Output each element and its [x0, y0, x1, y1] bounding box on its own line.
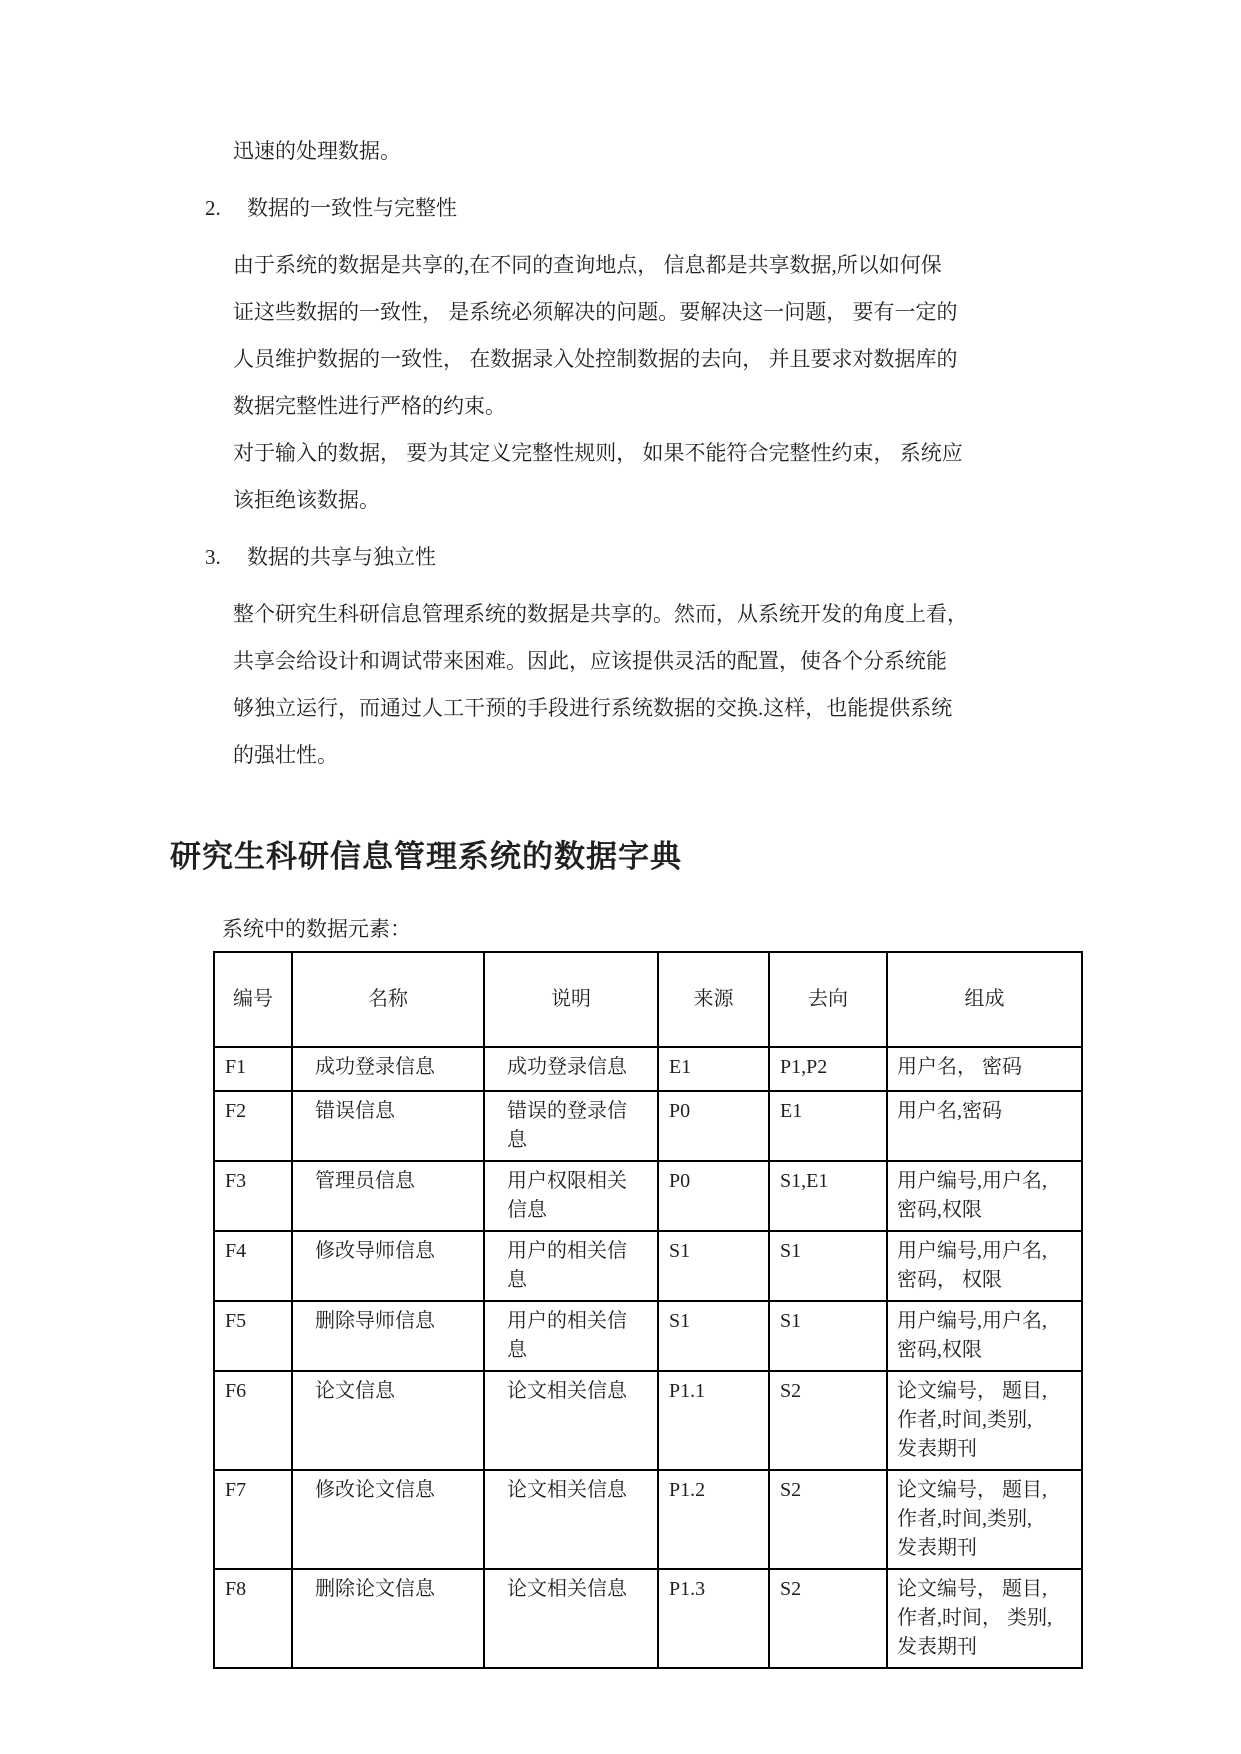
header-cell-desc: 说明	[484, 952, 658, 1047]
paragraph: 整个研究生科研信息管理系统的数据是共享的。然而，从系统开发的角度上看， 共享会给…	[233, 591, 1241, 779]
cell-name: 删除导师信息	[292, 1301, 484, 1371]
table-row-f6: F6 论文信息 论文相关信息 P1.1 S2 论文编号， 题目, 作者,时间,类…	[214, 1371, 1082, 1470]
cell-dest: S1	[769, 1231, 887, 1301]
cell-source: P1.1	[658, 1371, 769, 1470]
cell-id: F3	[214, 1161, 292, 1231]
cell-composition: 用户编号,用户名, 密码， 权限	[887, 1231, 1082, 1301]
cell-name: 删除论文信息	[292, 1569, 484, 1668]
header-cell-source: 来源	[658, 952, 769, 1047]
cell-dest: S2	[769, 1569, 887, 1668]
header-cell-id: 编号	[214, 952, 292, 1047]
header-cell-name: 名称	[292, 952, 484, 1047]
cell-desc: 错误的登录信 息	[484, 1091, 658, 1161]
cell-desc: 用户的相关信 息	[484, 1301, 658, 1371]
cell-composition: 用户名,密码	[887, 1091, 1082, 1161]
list-item-2: 2.数据的一致性与完整性	[205, 185, 1241, 232]
header-cell-composition: 组成	[887, 952, 1082, 1047]
table-header-row: 编号 名称 说明 来源 去向 组成	[214, 952, 1082, 1047]
cell-composition: 论文编号， 题目, 作者,时间,类别, 发表期刊	[887, 1371, 1082, 1470]
document-page: 迅速的处理数据。 2.数据的一致性与完整性 由于系统的数据是共享的,在不同的查询…	[0, 0, 1241, 1754]
cell-source: P0	[658, 1161, 769, 1231]
cell-desc: 成功登录信息	[484, 1047, 658, 1091]
cell-id: F4	[214, 1231, 292, 1301]
cell-source: P1.3	[658, 1569, 769, 1668]
cell-name: 成功登录信息	[292, 1047, 484, 1091]
cell-dest: S2	[769, 1371, 887, 1470]
cell-id: F7	[214, 1470, 292, 1569]
cell-composition: 用户编号,用户名, 密码,权限	[887, 1161, 1082, 1231]
cell-dest: S2	[769, 1470, 887, 1569]
cell-desc: 论文相关信息	[484, 1470, 658, 1569]
cell-id: F2	[214, 1091, 292, 1161]
paragraph: 由于系统的数据是共享的,在不同的查询地点， 信息都是共享数据,所以如何保 证这些…	[233, 242, 1241, 430]
cell-id: F5	[214, 1301, 292, 1371]
cell-dest: P1,P2	[769, 1047, 887, 1091]
data-dictionary-table: 编号 名称 说明 来源 去向 组成 F1 成功登录信息 成功登录信息 E1 P1…	[213, 951, 1083, 1669]
table-row-f3: F3 管理员信息 用户权限相关 信息 P0 S1,E1 用户编号,用户名, 密码…	[214, 1161, 1082, 1231]
cell-dest: S1,E1	[769, 1161, 887, 1231]
table-row-f2: F2 错误信息 错误的登录信 息 P0 E1 用户名,密码	[214, 1091, 1082, 1161]
list-item-3: 3.数据的共享与独立性	[205, 534, 1241, 581]
cell-name: 修改论文信息	[292, 1470, 484, 1569]
cell-desc: 用户的相关信 息	[484, 1231, 658, 1301]
cell-id: F1	[214, 1047, 292, 1091]
cell-name: 论文信息	[292, 1371, 484, 1470]
cell-composition: 用户名， 密码	[887, 1047, 1082, 1091]
table-row-f4: F4 修改导师信息 用户的相关信 息 S1 S1 用户编号,用户名, 密码， 权…	[214, 1231, 1082, 1301]
cell-desc: 论文相关信息	[484, 1569, 658, 1668]
cell-composition: 论文编号， 题目, 作者,时间,类别, 发表期刊	[887, 1470, 1082, 1569]
cell-name: 修改导师信息	[292, 1231, 484, 1301]
cell-source: S1	[658, 1301, 769, 1371]
cell-composition: 用户编号,用户名, 密码,权限	[887, 1301, 1082, 1371]
header-cell-dest: 去向	[769, 952, 887, 1047]
table-row-f1: F1 成功登录信息 成功登录信息 E1 P1,P2 用户名， 密码	[214, 1047, 1082, 1091]
paragraph: 对于输入的数据， 要为其定义完整性规则， 如果不能符合完整性约束， 系统应 该拒…	[233, 430, 1241, 524]
list-marker: 3.	[205, 534, 225, 581]
cell-id: F6	[214, 1371, 292, 1470]
cell-name: 错误信息	[292, 1091, 484, 1161]
table-row-f8: F8 删除论文信息 论文相关信息 P1.3 S2 论文编号， 题目, 作者,时间…	[214, 1569, 1082, 1668]
cell-source: P0	[658, 1091, 769, 1161]
document-content: 迅速的处理数据。 2.数据的一致性与完整性 由于系统的数据是共享的,在不同的查询…	[0, 0, 1241, 1669]
cell-dest: E1	[769, 1091, 887, 1161]
list-marker: 2.	[205, 185, 225, 232]
list-title: 数据的一致性与完整性	[247, 196, 457, 220]
cell-desc: 论文相关信息	[484, 1371, 658, 1470]
cell-source: E1	[658, 1047, 769, 1091]
cell-name: 管理员信息	[292, 1161, 484, 1231]
cell-composition: 论文编号， 题目, 作者,时间， 类别, 发表期刊	[887, 1569, 1082, 1668]
table-row-f5: F5 删除导师信息 用户的相关信 息 S1 S1 用户编号,用户名, 密码,权限	[214, 1301, 1082, 1371]
cell-source: S1	[658, 1231, 769, 1301]
table-caption: 系统中的数据元素：	[222, 915, 1241, 943]
section-heading: 研究生科研信息管理系统的数据字典	[170, 837, 1241, 877]
table-row-f7: F7 修改论文信息 论文相关信息 P1.2 S2 论文编号， 题目, 作者,时间…	[214, 1470, 1082, 1569]
cell-dest: S1	[769, 1301, 887, 1371]
list-title: 数据的共享与独立性	[247, 545, 436, 569]
leading-paragraph-line: 迅速的处理数据。	[233, 128, 1241, 175]
cell-source: P1.2	[658, 1470, 769, 1569]
cell-id: F8	[214, 1569, 292, 1668]
cell-desc: 用户权限相关 信息	[484, 1161, 658, 1231]
